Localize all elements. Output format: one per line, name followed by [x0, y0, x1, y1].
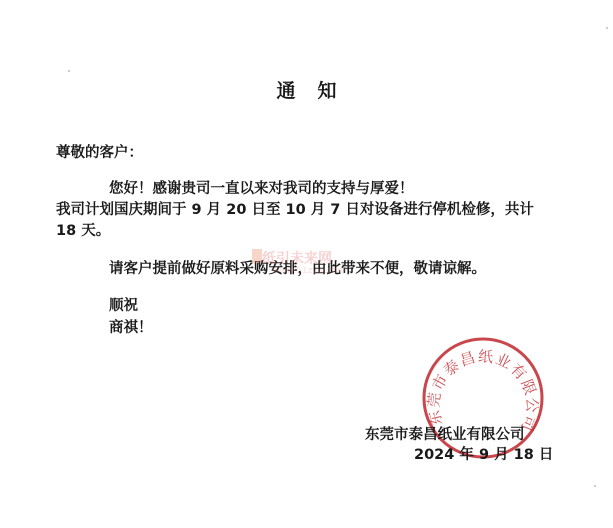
signature-company: 东莞市泰昌纸业有限公司 [365, 423, 525, 444]
watermark-text: 纸引未来网 [262, 248, 332, 268]
speck [594, 485, 596, 487]
closing-line2: 商祺！ [109, 316, 153, 337]
maintenance-paragraph-line1: 我司计划国庆期间于 9 月 20 日至 10 月 7 日对设备进行停机检修，共计 [56, 198, 534, 219]
salutation: 尊敬的客户： [56, 141, 143, 162]
closing-line1: 顺祝 [109, 294, 138, 315]
stamp-text: 东莞市泰昌纸业有限公司 [424, 347, 541, 435]
signature-date: 2024 年 9 月 18 日 [414, 443, 553, 464]
watermark-url: www.51zyw.com [272, 266, 346, 276]
speck [606, 27, 608, 29]
svg-text:东莞市泰昌纸业有限公司: 东莞市泰昌纸业有限公司 [424, 347, 541, 435]
speck [68, 70, 70, 72]
document-title: 通知 [0, 76, 613, 103]
watermark-logo-icon [252, 249, 262, 263]
greeting-paragraph: 您好！感谢贵司一直以来对我司的支持与厚爱！ [109, 177, 414, 198]
maintenance-paragraph-line2: 18 天。 [56, 219, 110, 240]
